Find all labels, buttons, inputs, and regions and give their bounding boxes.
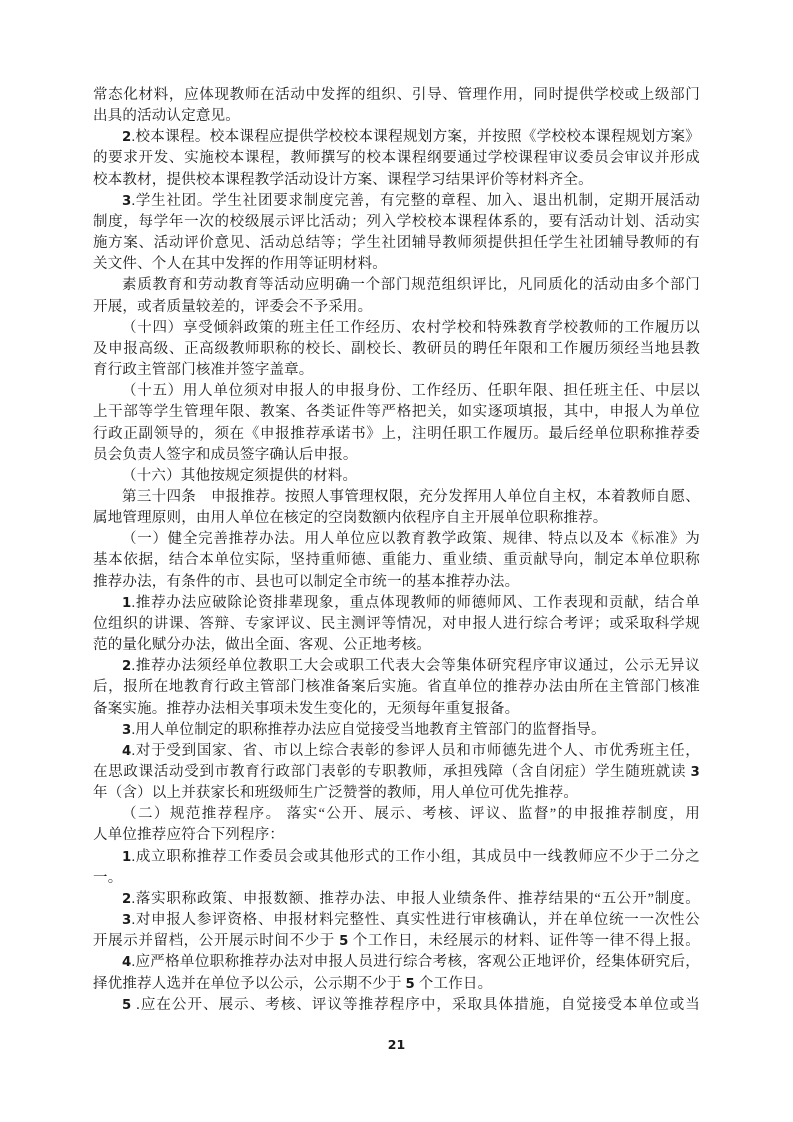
text-line: 一。 xyxy=(93,868,700,889)
text-line: 及申报高级、正高级教师职称的校长、副校长、教研员的聘任年限和工作履历须经当地县教 xyxy=(93,339,700,360)
text-line: 2.推荐办法须经单位教职工大会或职工代表大会等集体研究程序审议通过，公示无异议 xyxy=(93,656,700,677)
numeral: 4 xyxy=(122,744,131,759)
text-line: 员会负责人签字和成员签字确认后申报。 xyxy=(93,445,700,466)
numeral: 1 xyxy=(122,850,131,865)
numeral: 2 xyxy=(122,659,131,674)
text-line: 出具的活动认定意见。 xyxy=(93,106,700,127)
text-line: 3.对申报人参评资格、申报材料完整性、真实性进行审核确认，并在单位统一一次性公 xyxy=(93,910,700,931)
text-line: 1.推荐办法应破除论资排辈现象，重点体现教师的师德师风、工作表现和贡献，结合单 xyxy=(93,593,700,614)
text-line: 择优推荐人选并在单位予以公示，公示期不少于 5 个工作日。 xyxy=(93,974,700,995)
text-line: 年（含）以上并获家长和班级师生广泛赞誉的教师，用人单位可优先推荐。 xyxy=(93,783,700,804)
numeral: 2 xyxy=(122,130,131,145)
text-line: 1.成立职称推荐工作委员会或其他形式的工作小组，其成员中一线教师应不少于二分之 xyxy=(93,847,700,868)
numeral: 3 xyxy=(122,194,131,209)
text-line: （二）规范推荐程序。 落实“公开、展示、考核、评议、监督”的申报推荐制度，用 xyxy=(93,804,700,825)
text-line: 2.落实职称政策、申报数额、推荐办法、申报人业绩条件、推荐结果的“五公开”制度。 xyxy=(93,889,700,910)
text-line: 开展，或者质量较差的，评委会不予采用。 xyxy=(93,297,700,318)
numeral: 5 xyxy=(406,977,415,992)
text-line: （十五）用人单位须对申报人的申报身份、工作经历、任职年限、担任班主任、中层以 xyxy=(93,381,700,402)
document-text-block: 常态化材料，应体现教师在活动中发挥的组织、引导、管理作用，同时提供学校或上级部门… xyxy=(93,85,700,1016)
text-line: 校本教材，提供校本课程教学活动设计方案、课程学习结果评价等材料齐全。 xyxy=(93,170,700,191)
text-line: 5 .应在公开、展示、考核、评议等推荐程序中，采取具体措施，自觉接受本单位或当 xyxy=(93,995,700,1016)
numeral: 3 xyxy=(691,765,700,780)
text-line: 3.学生社团。学生社团要求制度完善，有完整的章程、加入、退出机制，定期开展活动 xyxy=(93,191,700,212)
text-line: 2.校本课程。校本课程应提供学校校本课程规划方案，并按照《学校校本课程规划方案》 xyxy=(93,127,700,148)
numeral: 5 xyxy=(122,998,131,1013)
document-page: 常态化材料，应体现教师在活动中发挥的组织、引导、管理作用，同时提供学校或上级部门… xyxy=(0,0,793,1122)
text-line: 后，报所在地教育行政主管部门核准备案后实施。省直单位的推荐办法由所在主管部门核准 xyxy=(93,677,700,698)
text-line: 位组织的讲课、答辩、专家评议、民主测评等情况，对申报人进行综合考评；或采取科学规 xyxy=(93,614,700,635)
text-line: 第三十四条 申报推荐。按照人事管理权限，充分发挥用人单位自主权，本着教师自愿、 xyxy=(93,487,700,508)
text-line: 关文件、个人在其中发挥的作用等证明材料。 xyxy=(93,254,700,275)
text-line: 备案实施。推荐办法相关事项未发生变化的，无须每年重复报备。 xyxy=(93,699,700,720)
text-line: 属地管理原则，由用人单位在核定的空岗数额内依程序自主开展单位职称推荐。 xyxy=(93,508,700,529)
text-line: 行政正副领导的，须在《申报推荐承诺书》上，注明任职工作履历。最后经单位职称推荐委 xyxy=(93,424,700,445)
text-line: 常态化材料，应体现教师在活动中发挥的组织、引导、管理作用，同时提供学校或上级部门 xyxy=(93,85,700,106)
text-line: 育行政主管部门核准并签字盖章。 xyxy=(93,360,700,381)
text-line: （十六）其他按规定须提供的材料。 xyxy=(93,466,700,487)
text-line: 施方案、活动评价意见、活动总结等；学生社团辅导教师须提供担任学生社团辅导教师的有 xyxy=(93,233,700,254)
text-line: 推荐办法，有条件的市、县也可以制定全市统一的基本推荐办法。 xyxy=(93,572,700,593)
numeral: 2 xyxy=(122,892,131,907)
numeral: 3 xyxy=(122,723,131,738)
text-line: 的要求开发、实施校本课程，教师撰写的校本课程纲要通过学校课程审议委员会审议并形成 xyxy=(93,148,700,169)
text-line: 素质教育和劳动教育等活动应明确一个部门规范组织评比，凡同质化的活动由多个部门 xyxy=(93,275,700,296)
text-line: 开展示并留档，公开展示时间不少于 5 个工作日，未经展示的材料、证件等一律不得上… xyxy=(93,931,700,952)
text-line: 在思政课活动受到市教育行政部门表彰的专职教师，承担残障（含自闭症）学生随班就读 … xyxy=(93,762,700,783)
text-line: 基本依据，结合本单位实际，坚持重师德、重能力、重业绩、重贡献导向，制定本单位职称 xyxy=(93,550,700,571)
text-line: （十四）享受倾斜政策的班主任工作经历、农村学校和特殊教育学校教师的工作履历以 xyxy=(93,318,700,339)
numeral: 4 xyxy=(122,955,131,970)
text-line: （一）健全完善推荐办法。用人单位应以教育教学政策、规律、特点以及本《标准》为 xyxy=(93,529,700,550)
text-line: 范的量化赋分办法，做出全面、客观、公正地考核。 xyxy=(93,635,700,656)
page-number: 21 xyxy=(0,1037,793,1052)
numeral: 3 xyxy=(122,913,131,928)
text-line: 3.用人单位制定的职称推荐办法应自觉接受当地教育主管部门的监督指导。 xyxy=(93,720,700,741)
text-line: 人单位推荐应符合下列程序： xyxy=(93,825,700,846)
text-line: 4.应严格单位职称推荐办法对申报人员进行综合考核，客观公正地评价，经集体研究后， xyxy=(93,952,700,973)
numeral: 1 xyxy=(122,596,131,611)
text-line: 制度，每学年一次的校级展示评比活动；列入学校校本课程体系的，要有活动计划、活动实 xyxy=(93,212,700,233)
numeral: 5 xyxy=(339,934,348,949)
text-line: 4.对于受到国家、省、市以上综合表彰的参评人员和市师德先进个人、市优秀班主任， xyxy=(93,741,700,762)
text-line: 上干部等学生管理年限、教案、各类证件等严格把关，如实逐项填报，其中，申报人为单位 xyxy=(93,402,700,423)
